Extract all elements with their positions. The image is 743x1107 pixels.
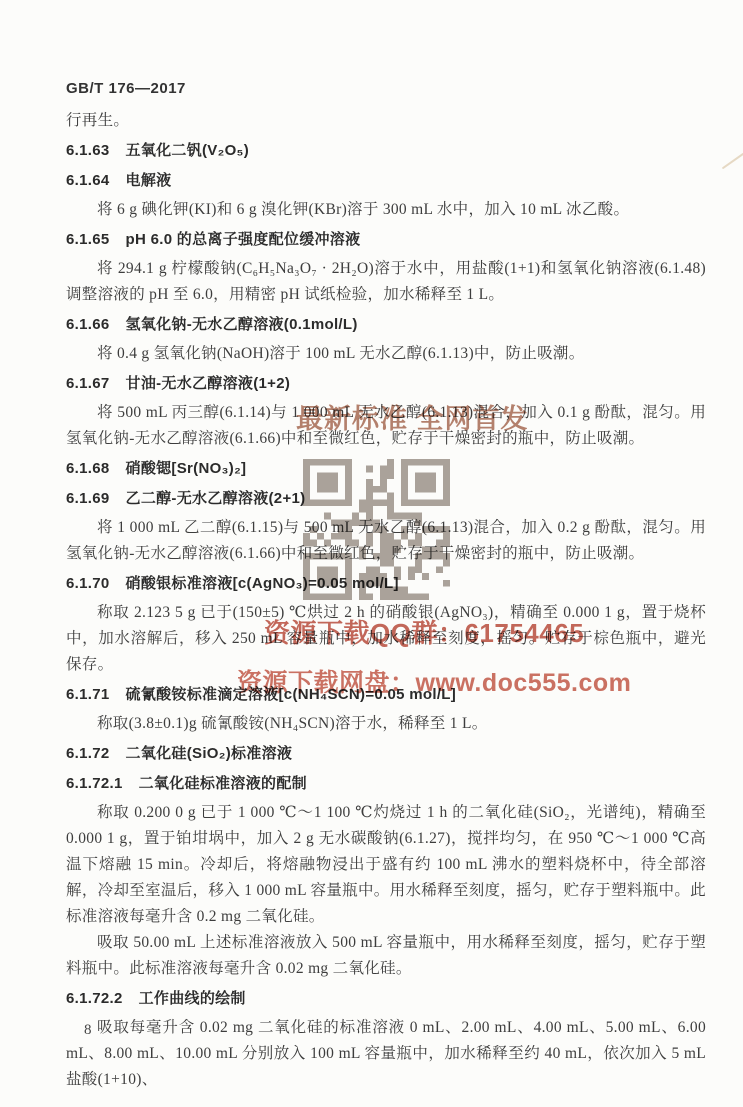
paragraph: 行再生。 bbox=[66, 108, 706, 134]
scan-artifact bbox=[722, 153, 743, 170]
section-title: 电解液 bbox=[126, 172, 172, 189]
section-number: 6.1.65 bbox=[66, 231, 110, 248]
document-content: 行再生。 6.1.63五氧化二钒(V₂O₅) 6.1.64电解液 将 6 g 碘… bbox=[66, 108, 706, 1093]
paragraph: 称取 0.200 0 g 已于 1 000 ℃～1 100 ℃灼烧过 1 h 的… bbox=[66, 800, 706, 930]
section-number: 6.1.72.1 bbox=[66, 775, 123, 792]
page-number: 8 bbox=[84, 1022, 92, 1039]
document-page: GB/T 176—2017 行再生。 6.1.63五氧化二钒(V₂O₅) 6.1… bbox=[0, 0, 743, 1107]
section-heading: 6.1.72.1二氧化硅标准溶液的配制 bbox=[66, 771, 706, 797]
section-number: 6.1.68 bbox=[66, 460, 110, 477]
paragraph: 称取(3.8±0.1)g 硫氰酸铵(NH₄SCN)溶于水，稀释至 1 L。 bbox=[66, 711, 706, 737]
section-heading: 6.1.67甘油-无水乙醇溶液(1+2) bbox=[66, 371, 706, 397]
section-heading: 6.1.64电解液 bbox=[66, 168, 706, 194]
section-number: 6.1.69 bbox=[66, 490, 110, 507]
section-heading: 6.1.69乙二醇-无水乙醇溶液(2+1) bbox=[66, 486, 706, 512]
section-title: 二氧化硅标准溶液的配制 bbox=[139, 775, 307, 792]
paragraph: 将 294.1 g 柠檬酸钠(C₆H₅Na₃O₇ · 2H₂O)溶于水中，用盐酸… bbox=[66, 256, 706, 308]
section-title: 硝酸锶[Sr(NO₃)₂] bbox=[126, 460, 247, 477]
section-number: 6.1.72 bbox=[66, 745, 110, 762]
paragraph: 将 0.4 g 氢氧化钠(NaOH)溶于 100 mL 无水乙醇(6.1.13)… bbox=[66, 341, 706, 367]
paragraph: 将 500 mL 丙三醇(6.1.14)与 1 000 mL 无水乙醇(6.1.… bbox=[66, 400, 706, 452]
section-heading: 6.1.65pH 6.0 的总离子强度配位缓冲溶液 bbox=[66, 227, 706, 253]
section-title: 二氧化硅(SiO₂)标准溶液 bbox=[126, 745, 293, 762]
section-heading: 6.1.72.2工作曲线的绘制 bbox=[66, 986, 706, 1012]
section-title: pH 6.0 的总离子强度配位缓冲溶液 bbox=[126, 231, 361, 248]
section-heading: 6.1.68硝酸锶[Sr(NO₃)₂] bbox=[66, 456, 706, 482]
section-number: 6.1.71 bbox=[66, 686, 110, 703]
section-title: 五氧化二钒(V₂O₅) bbox=[126, 142, 250, 159]
section-title: 工作曲线的绘制 bbox=[139, 990, 246, 1007]
section-heading: 6.1.70硝酸银标准溶液[c(AgNO₃)=0.05 mol/L] bbox=[66, 571, 706, 597]
paragraph: 将 1 000 mL 乙二醇(6.1.15)与 500 mL 无水乙醇(6.1.… bbox=[66, 515, 706, 567]
section-title: 氢氧化钠-无水乙醇溶液(0.1mol/L) bbox=[126, 316, 358, 333]
section-title: 甘油-无水乙醇溶液(1+2) bbox=[126, 375, 291, 392]
paragraph: 吸取 50.00 mL 上述标准溶液放入 500 mL 容量瓶中，用水稀释至刻度… bbox=[66, 930, 706, 982]
section-heading: 6.1.63五氧化二钒(V₂O₅) bbox=[66, 138, 706, 164]
section-number: 6.1.63 bbox=[66, 142, 110, 159]
section-number: 6.1.66 bbox=[66, 316, 110, 333]
section-heading: 6.1.71硫氰酸铵标准滴定溶液[c(NH₄SCN)=0.05 mol/L] bbox=[66, 682, 706, 708]
section-number: 6.1.70 bbox=[66, 575, 110, 592]
paragraph: 称取 2.123 5 g 已于(150±5) ℃烘过 2 h 的硝酸银(AgNO… bbox=[66, 600, 706, 678]
section-title: 硝酸银标准溶液[c(AgNO₃)=0.05 mol/L] bbox=[126, 575, 399, 592]
section-title: 硫氰酸铵标准滴定溶液[c(NH₄SCN)=0.05 mol/L] bbox=[126, 686, 457, 703]
paragraph: 将 6 g 碘化钾(KI)和 6 g 溴化钾(KBr)溶于 300 mL 水中，… bbox=[66, 197, 706, 223]
section-number: 6.1.72.2 bbox=[66, 990, 123, 1007]
section-number: 6.1.64 bbox=[66, 172, 110, 189]
section-title: 乙二醇-无水乙醇溶液(2+1) bbox=[126, 490, 306, 507]
section-number: 6.1.67 bbox=[66, 375, 110, 392]
section-heading: 6.1.66氢氧化钠-无水乙醇溶液(0.1mol/L) bbox=[66, 312, 706, 338]
paragraph: 吸取每毫升含 0.02 mg 二氧化硅的标准溶液 0 mL、2.00 mL、4.… bbox=[66, 1015, 706, 1093]
standard-code: GB/T 176—2017 bbox=[66, 80, 186, 97]
section-heading: 6.1.72二氧化硅(SiO₂)标准溶液 bbox=[66, 741, 706, 767]
